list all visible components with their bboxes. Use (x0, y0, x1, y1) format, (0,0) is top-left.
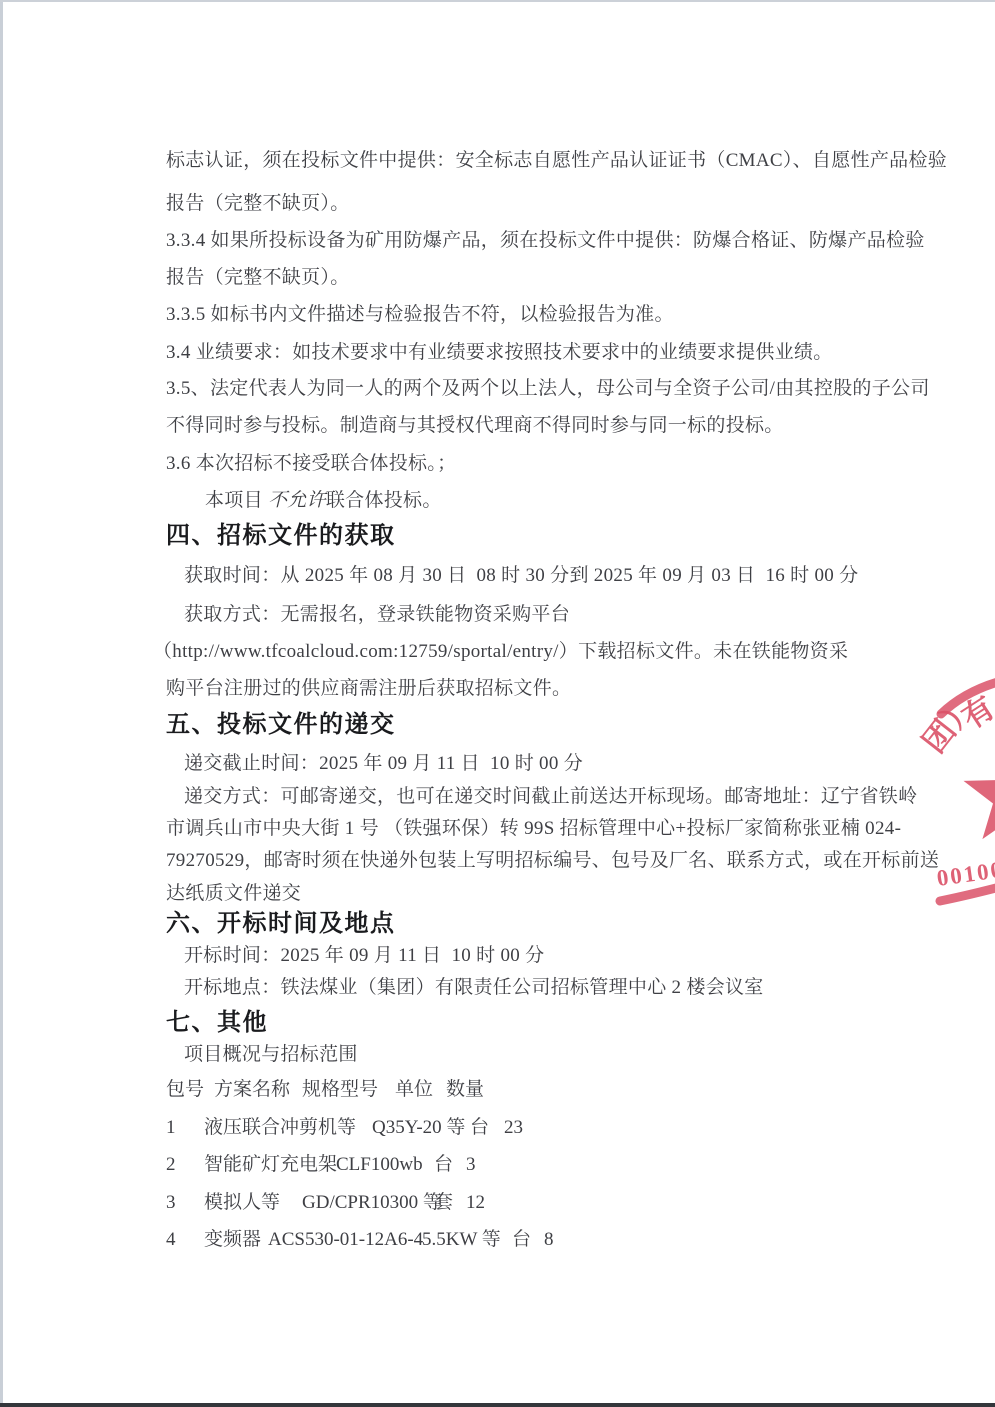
doc-line: 获取方式：无需报名，登录铁能物资采购平台 (184, 603, 570, 626)
doc-line: 报告（完整不缺页）。 (166, 192, 350, 215)
doc-line: 达纸质文件递交 (166, 882, 301, 905)
doc-line: 3.4 业绩要求：如技术要求中有业绩要求按照技术要求中的业绩要求提供业绩。 (166, 341, 833, 364)
table-cell: ACS530-01-12A6-4 (268, 1228, 423, 1251)
table-cell: 液压联合冲剪机等 (204, 1116, 356, 1139)
table-cell: 台 (434, 1153, 453, 1176)
table-cell: Q35Y-20 等 (372, 1116, 465, 1139)
table-row: 4 变频器 ACS530-01-12A6-4 5.5KW 等 台 8 (0, 1228, 995, 1252)
doc-line: 递交截止时间：2025 年 09 月 11 日 10 时 00 分 (184, 752, 583, 775)
section-heading-7-other: 七、其他 (166, 1010, 268, 1037)
section-heading-4-obtaining-documents: 四、招标文件的获取 (166, 523, 396, 550)
doc-line: 标志认证，须在投标文件中提供：安全标志自愿性产品认证证书（CMAC）、自愿性产品… (166, 149, 947, 172)
red-company-seal-stamp: 团） 有 00100 (900, 640, 995, 940)
doc-line: 3.3.4 如果所投标设备为矿用防爆产品，须在投标文件中提供：防爆合格证、防爆产… (166, 229, 925, 252)
doc-line: 获取时间：从 2025 年 08 月 30 日 08 时 30 分到 2025 … (184, 564, 858, 587)
table-cell: 智能矿灯充电架 (204, 1153, 337, 1176)
table-cell: 模拟人等 (204, 1191, 280, 1214)
doc-line: 不得同时参与投标。制造商与其授权代理商不得同时参与同一标的投标。 (166, 414, 784, 437)
doc-line: 3.5、法定代表人为同一人的两个及两个以上法人，母公司与全资子公司/由其控股的子… (166, 377, 930, 400)
doc-line: 项目概况与招标范围 (184, 1043, 358, 1066)
table-cell: 23 (504, 1116, 523, 1139)
doc-text: 本项目 (205, 490, 268, 511)
table-cell: 4 (166, 1228, 176, 1251)
table-cell: CLF100wb (336, 1153, 423, 1176)
doc-line: 递交方式：可邮寄递交，也可在递交时间截止前送达开标现场。邮寄地址：辽宁省铁岭 (184, 785, 917, 808)
table-cell: 3 (466, 1153, 476, 1176)
table-row: 3 模拟人等 GD/CPR10300 等 套 12 (0, 1191, 995, 1215)
table-cell: 台 (470, 1116, 489, 1139)
table-cell: 8 (544, 1228, 554, 1251)
doc-line: 开标时间：2025 年 09 月 11 日 10 时 00 分 (184, 944, 544, 967)
stamp-serial-number: 00100 (935, 857, 995, 891)
doc-text-italic: 不允许 (268, 490, 326, 511)
table-header-row: 包号 方案名称 规格型号 单位 数量 (0, 1078, 995, 1102)
scan-bottom-edge (0, 1403, 995, 1407)
scanned-tender-document-page: { "page": { "background": "#ffffff", "ed… (0, 0, 995, 1407)
table-cell: 变频器 (204, 1228, 261, 1251)
doc-text: 联合体投标。 (326, 490, 442, 511)
table-cell: 套 (434, 1191, 453, 1214)
table-header-cell: 方案名称 (214, 1078, 290, 1101)
doc-line: 市调兵山市中央大街 1 号 （铁强环保）转 99S 招标管理中心+投标厂家简称张… (166, 817, 901, 840)
doc-line: 报告（完整不缺页）。 (166, 266, 350, 289)
table-cell: 3 (166, 1191, 176, 1214)
doc-line-url: （http://www.tfcoalcloud.com:12759/sporta… (153, 640, 848, 663)
table-header-cell: 包号 (166, 1078, 204, 1101)
doc-line: 3.6 本次招标不接受联合体投标。； (166, 452, 456, 475)
doc-line-no-joint-bidding: 本项目 不允许联合体投标。 (205, 489, 442, 512)
scan-top-edge (0, 0, 995, 2)
stamp-star-icon (964, 745, 995, 839)
table-cell: 2 (166, 1153, 176, 1176)
section-heading-6-bid-opening: 六、开标时间及地点 (166, 911, 396, 938)
table-cell: GD/CPR10300 等 (302, 1191, 442, 1214)
table-row: 1 液压联合冲剪机等 Q35Y-20 等 台 23 (0, 1116, 995, 1140)
table-header-cell: 数量 (446, 1078, 484, 1101)
section-heading-5-bid-submission: 五、投标文件的递交 (166, 712, 396, 739)
doc-line: 3.3.5 如标书内文件描述与检验报告不符，以检验报告为准。 (166, 303, 674, 326)
doc-line: 购平台注册过的供应商需注册后获取招标文件。 (166, 677, 571, 700)
table-cell: 台 (512, 1228, 531, 1251)
table-cell: 12 (466, 1191, 485, 1214)
table-cell: 5.5KW 等 (422, 1228, 501, 1251)
table-header-cell: 单位 (395, 1078, 433, 1101)
table-row: 2 智能矿灯充电架 CLF100wb 台 3 (0, 1153, 995, 1177)
doc-line: 79270529，邮寄时须在快递外包装上写明招标编号、包号及厂名、联系方式，或在… (166, 849, 939, 872)
table-cell: 1 (166, 1116, 176, 1139)
doc-line: 开标地点：铁法煤业（集团）有限责任公司招标管理中心 2 楼会议室 (184, 976, 764, 999)
table-header-cell: 规格型号 (302, 1078, 378, 1101)
